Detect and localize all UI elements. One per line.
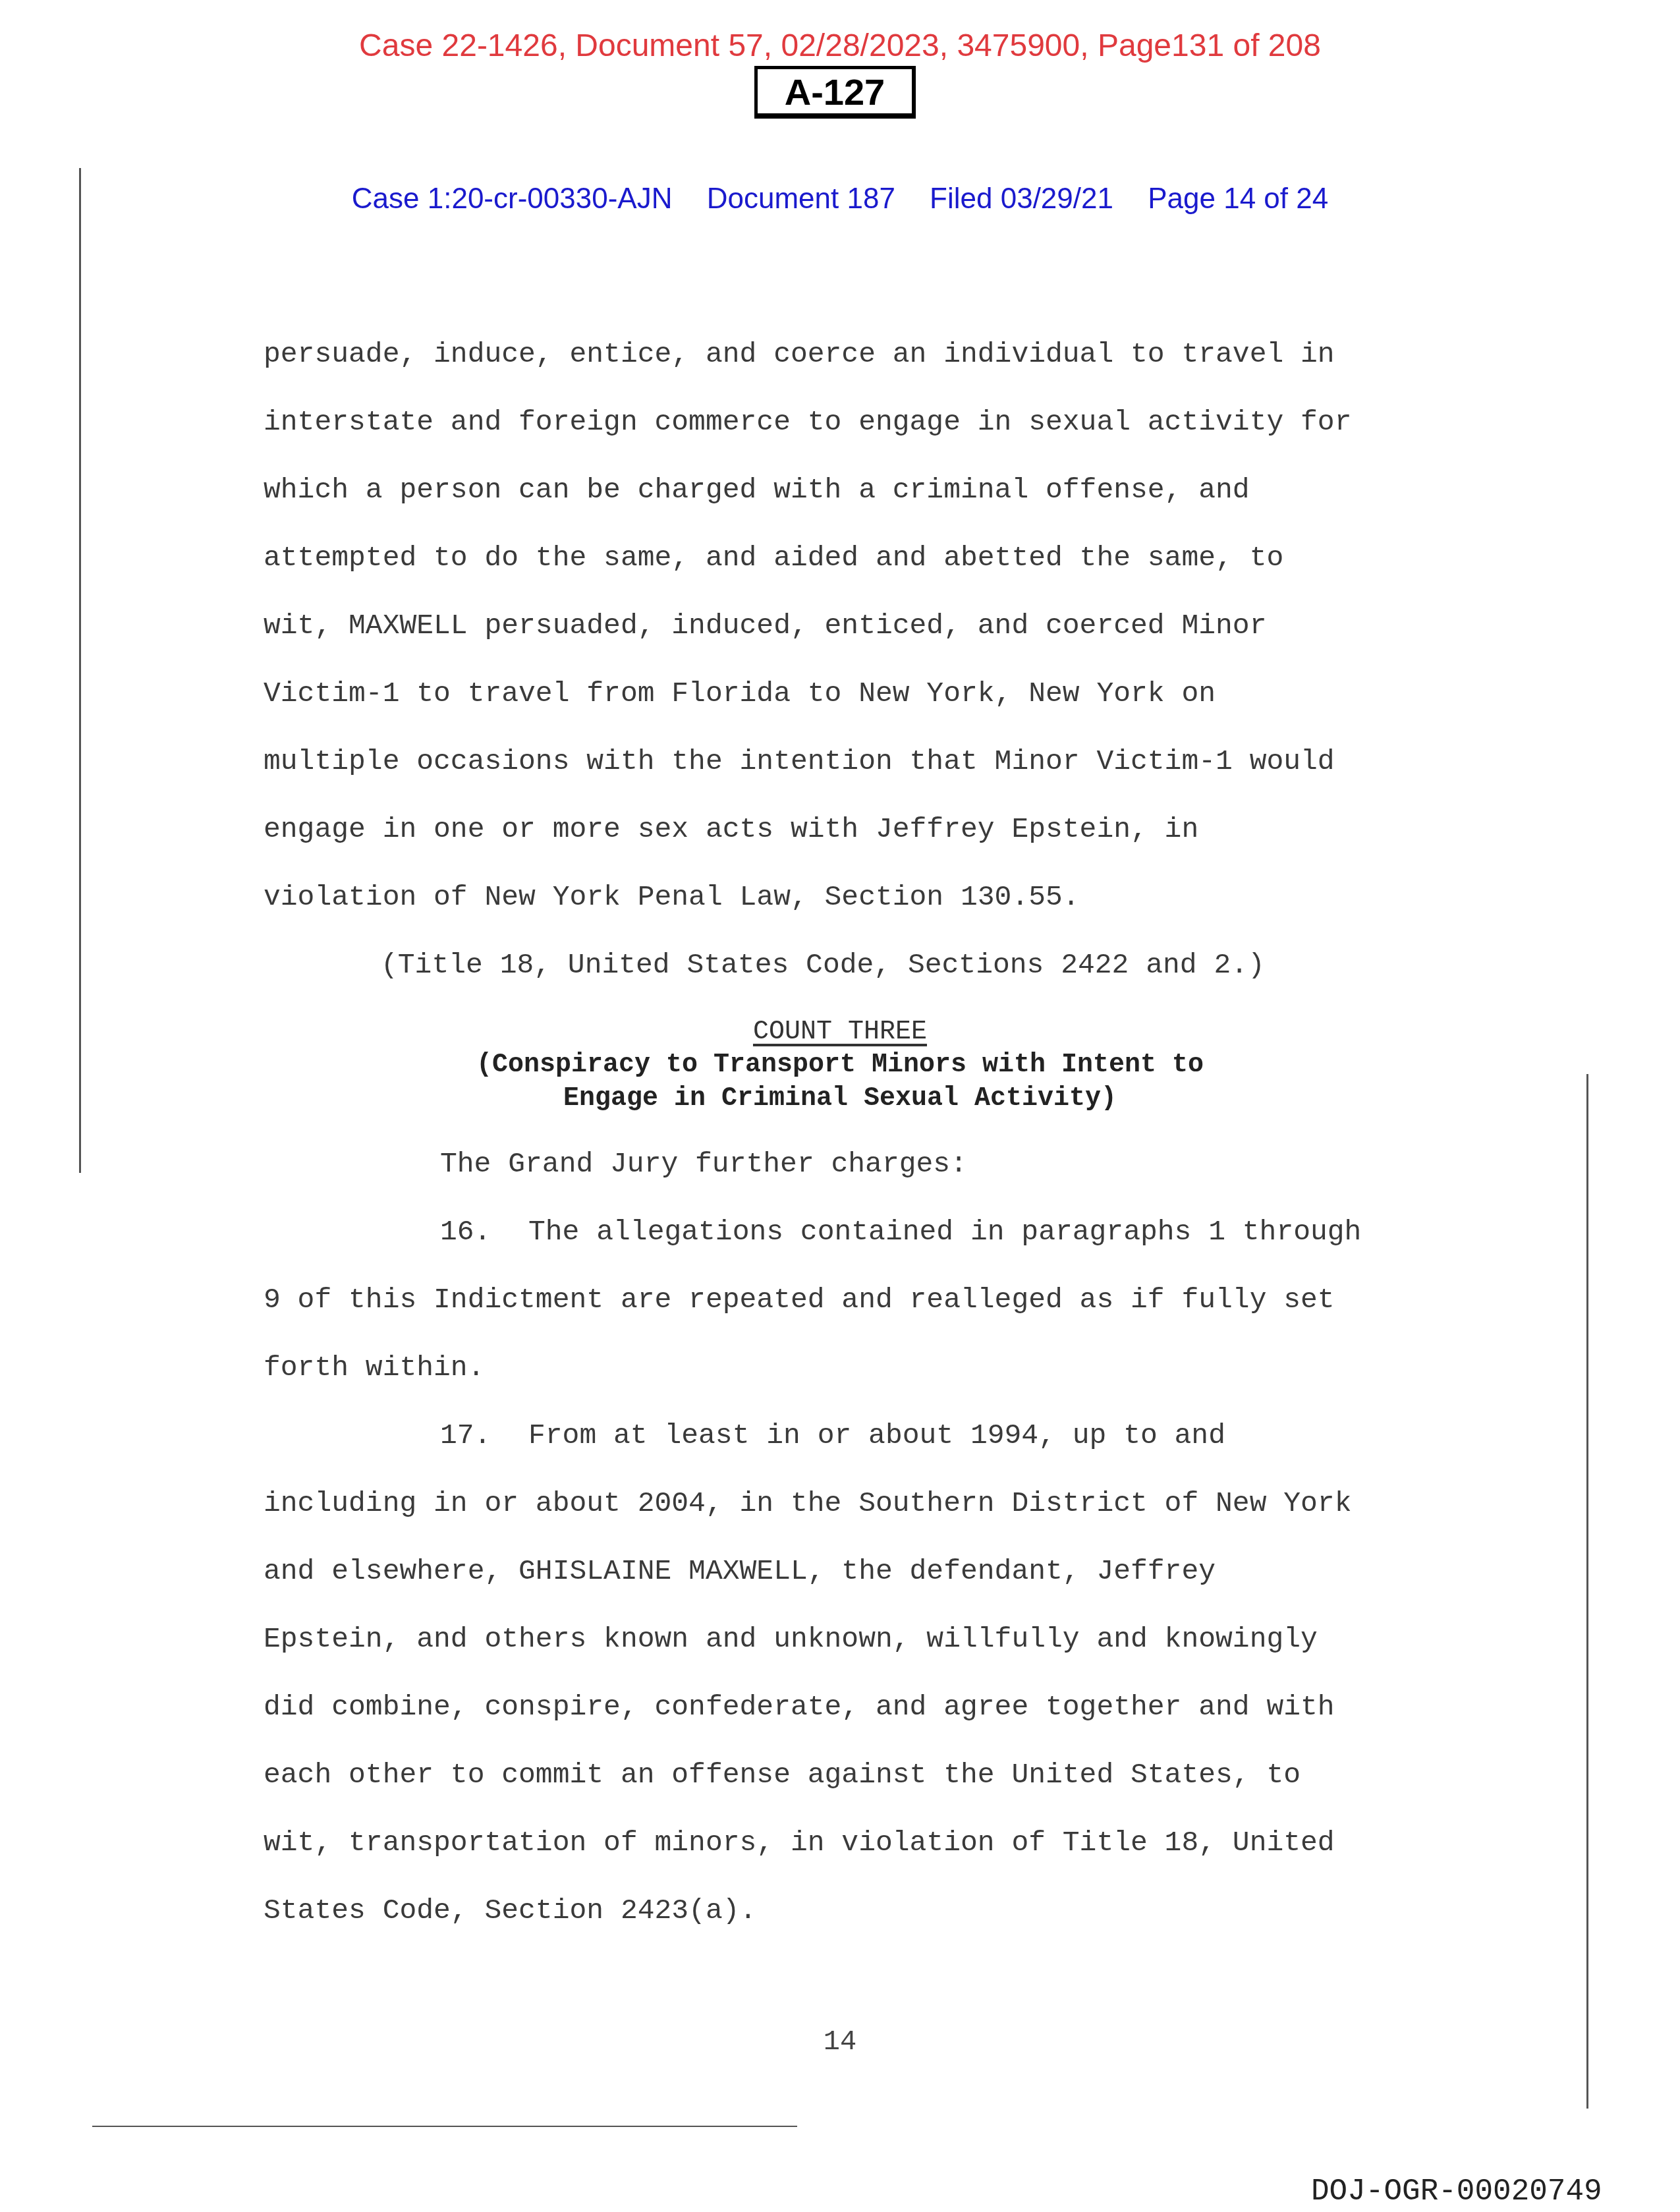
filed-date: Filed 03/29/21 <box>930 183 1113 215</box>
count-subheading: Engage in Criminal Sexual Activity) <box>0 1084 1680 1114</box>
body-line: violation of New York Penal Law, Section… <box>264 883 1080 911</box>
body-line: and elsewhere, GHISLAINE MAXWELL, the de… <box>264 1557 1216 1585</box>
body-line: wit, transportation of minors, in violat… <box>264 1829 1335 1857</box>
body-line: The allegations contained in paragraphs … <box>528 1218 1361 1246</box>
footer-rule <box>92 2126 797 2127</box>
count-subheading: (Conspiracy to Transport Minors with Int… <box>0 1050 1680 1080</box>
body-line: did combine, conspire, confederate, and … <box>264 1693 1335 1721</box>
paragraph-number: 17. <box>440 1421 491 1450</box>
document-number: Document 187 <box>707 183 895 215</box>
body-line: Victim-1 to travel from Florida to New Y… <box>264 679 1216 708</box>
bates-number: DOJ-OGR-00020749 <box>1311 2174 1602 2209</box>
body-line: persuade, induce, entice, and coerce an … <box>264 340 1335 368</box>
body-line: each other to commit an offense against … <box>264 1761 1301 1789</box>
page-number: 14 <box>0 2026 1680 2058</box>
grand-jury-charges: The Grand Jury further charges: <box>440 1150 967 1178</box>
body-line: forth within. <box>264 1353 484 1382</box>
body-line: which a person can be charged with a cri… <box>264 476 1250 504</box>
right-margin-line <box>1586 1074 1588 2109</box>
body-line: engage in one or more sex acts with Jeff… <box>264 815 1198 843</box>
district-case-stamp: Case 1:20-cr-00330-AJN Document 187 File… <box>0 183 1680 215</box>
body-line: wit, MAXWELL persuaded, induced, enticed… <box>264 611 1266 640</box>
appellate-case-stamp: Case 22-1426, Document 57, 02/28/2023, 3… <box>0 28 1680 64</box>
exhibit-label: A-127 <box>754 66 916 119</box>
page-of-total: Page 14 of 24 <box>1148 183 1328 215</box>
count-heading: COUNT THREE <box>0 1017 1680 1047</box>
body-line: attempted to do the same, and aided and … <box>264 544 1283 572</box>
body-line: From at least in or about 1994, up to an… <box>528 1421 1225 1450</box>
body-line: Epstein, and others known and unknown, w… <box>264 1625 1318 1653</box>
statute-citation: (Title 18, United States Code, Sections … <box>381 951 1265 979</box>
paragraph-number: 16. <box>440 1218 491 1246</box>
body-line: 9 of this Indictment are repeated and re… <box>264 1286 1335 1314</box>
case-number: Case 1:20-cr-00330-AJN <box>352 183 673 215</box>
body-line: including in or about 2004, in the South… <box>264 1489 1351 1517</box>
body-line: States Code, Section 2423(a). <box>264 1896 756 1925</box>
body-line: interstate and foreign commerce to engag… <box>264 408 1351 436</box>
body-line: multiple occasions with the intention th… <box>264 747 1335 776</box>
